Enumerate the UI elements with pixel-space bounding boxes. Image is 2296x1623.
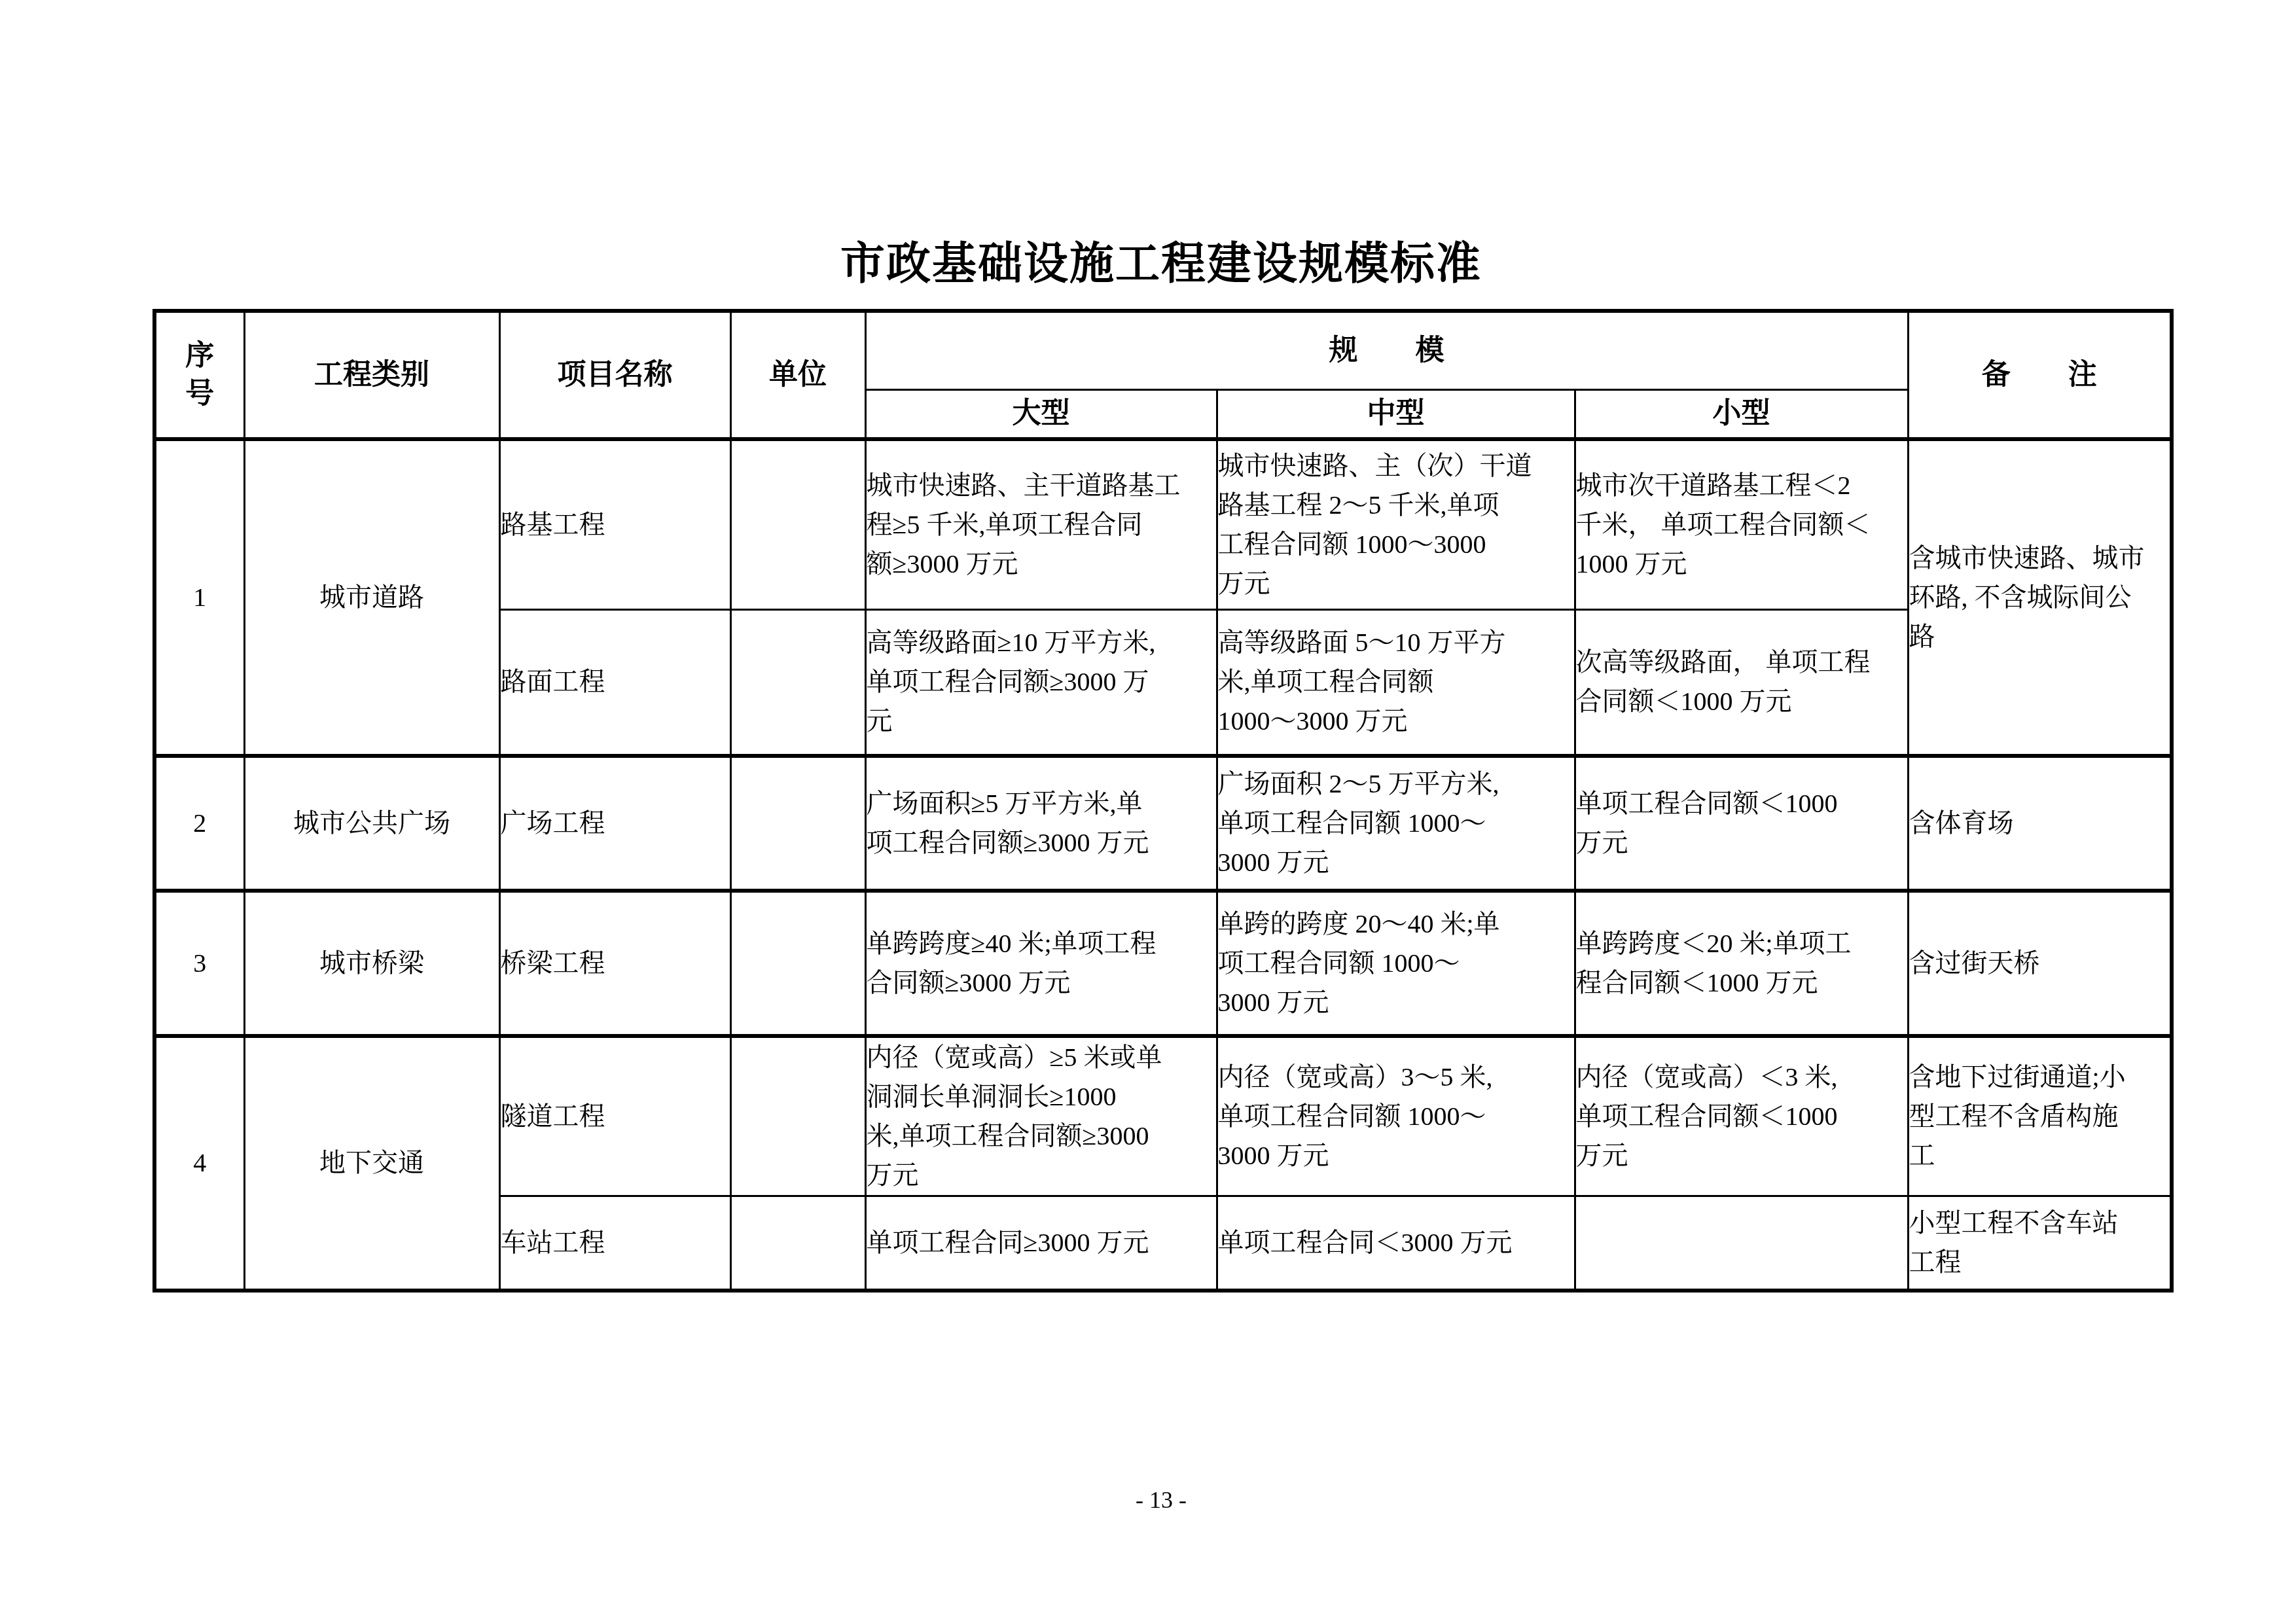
cell-project-pavement: 路面工程 (499, 609, 730, 756)
cell-category-3: 城市桥梁 (244, 891, 499, 1036)
cell-project-tunnel: 隧道工程 (499, 1036, 730, 1196)
page-number: - 13 - (152, 1486, 2170, 1514)
cell-medium: 单项工程合同＜3000 万元 (1217, 1196, 1575, 1291)
header-category: 工程类别 (244, 311, 499, 439)
document-content: 市政基础设施工程建设规模标准 序 号 工程类别 项目名称 单位 规 模 备 注 (152, 0, 2170, 1514)
cell-large: 单跨跨度≥40 米;单项工程 合同额≥3000 万元 (865, 891, 1217, 1036)
header-scale: 规 模 (865, 311, 1908, 389)
cell-small: 次高等级路面， 单项工程 合同额＜1000 万元 (1575, 609, 1908, 756)
cell-project-station: 车站工程 (499, 1196, 730, 1291)
cell-remark-4b: 小型工程不含车站 工程 (1908, 1196, 2172, 1291)
cell-unit (730, 609, 865, 756)
header-scale-large: 大型 (865, 389, 1217, 439)
header-seq: 序 号 (154, 311, 244, 439)
cell-small (1575, 1196, 1908, 1291)
cell-seq-4: 4 (154, 1036, 244, 1291)
cell-small: 内径（宽或高）＜3 米, 单项工程合同额＜1000 万元 (1575, 1036, 1908, 1196)
cell-large: 高等级路面≥10 万平方米, 单项工程合同额≥3000 万 元 (865, 609, 1217, 756)
header-scale-medium: 中型 (1217, 389, 1575, 439)
cell-category-2: 城市公共广场 (244, 756, 499, 891)
cell-medium: 广场面积 2～5 万平方米, 单项工程合同额 1000～ 3000 万元 (1217, 756, 1575, 891)
cell-large: 单项工程合同≥3000 万元 (865, 1196, 1217, 1291)
cell-medium: 高等级路面 5～10 万平方 米,单项工程合同额 1000～3000 万元 (1217, 609, 1575, 756)
cell-medium: 内径（宽或高）3～5 米, 单项工程合同额 1000～ 3000 万元 (1217, 1036, 1575, 1196)
cell-category-1: 城市道路 (244, 439, 499, 756)
cell-large: 内径（宽或高）≥5 米或单 洞洞长单洞洞长≥1000 米,单项工程合同额≥300… (865, 1036, 1217, 1196)
table-row: 3 城市桥梁 桥梁工程 单跨跨度≥40 米;单项工程 合同额≥3000 万元 单… (154, 891, 2172, 1036)
cell-unit (730, 891, 865, 1036)
cell-medium: 单跨的跨度 20～40 米;单 项工程合同额 1000～ 3000 万元 (1217, 891, 1575, 1036)
cell-remark-1: 含城市快速路、城市 环路, 不含城际间公 路 (1908, 439, 2172, 756)
page-title: 市政基础设施工程建设规模标准 (152, 237, 2170, 291)
cell-project-bridge: 桥梁工程 (499, 891, 730, 1036)
cell-small: 单项工程合同额＜1000 万元 (1575, 756, 1908, 891)
header-row-1: 序 号 工程类别 项目名称 单位 规 模 备 注 (154, 311, 2172, 389)
header-remark: 备 注 (1908, 311, 2172, 439)
cell-seq-3: 3 (154, 891, 244, 1036)
cell-large: 城市快速路、主干道路基工 程≥5 千米,单项工程合同 额≥3000 万元 (865, 439, 1217, 609)
cell-remark-4a: 含地下过街通道;小 型工程不含盾构施 工 (1908, 1036, 2172, 1196)
scale-standards-table: 序 号 工程类别 项目名称 单位 规 模 备 注 大型 中型 小型 1 城市道路… (152, 309, 2174, 1293)
cell-unit (730, 1036, 865, 1196)
cell-unit (730, 756, 865, 891)
cell-unit (730, 1196, 865, 1291)
header-project: 项目名称 (499, 311, 730, 439)
cell-seq-1: 1 (154, 439, 244, 756)
cell-remark-2: 含体育场 (1908, 756, 2172, 891)
cell-category-4: 地下交通 (244, 1036, 499, 1291)
table-row: 2 城市公共广场 广场工程 广场面积≥5 万平方米,单 项工程合同额≥3000 … (154, 756, 2172, 891)
cell-project-plaza: 广场工程 (499, 756, 730, 891)
header-scale-small: 小型 (1575, 389, 1908, 439)
cell-small: 城市次干道路基工程＜2 千米， 单项工程合同额＜ 1000 万元 (1575, 439, 1908, 609)
cell-small: 单跨跨度＜20 米;单项工 程合同额＜1000 万元 (1575, 891, 1908, 1036)
cell-project-roadbed: 路基工程 (499, 439, 730, 609)
cell-seq-2: 2 (154, 756, 244, 891)
header-unit: 单位 (730, 311, 865, 439)
cell-large: 广场面积≥5 万平方米,单 项工程合同额≥3000 万元 (865, 756, 1217, 891)
table-row: 1 城市道路 路基工程 城市快速路、主干道路基工 程≥5 千米,单项工程合同 额… (154, 439, 2172, 609)
cell-medium: 城市快速路、主（次）干道 路基工程 2～5 千米,单项 工程合同额 1000～3… (1217, 439, 1575, 609)
cell-remark-3: 含过街天桥 (1908, 891, 2172, 1036)
cell-unit (730, 439, 865, 609)
table-row: 4 地下交通 隧道工程 内径（宽或高）≥5 米或单 洞洞长单洞洞长≥1000 米… (154, 1036, 2172, 1196)
document-page: 市政基础设施工程建设规模标准 序 号 工程类别 项目名称 单位 规 模 备 注 (0, 0, 2296, 1623)
